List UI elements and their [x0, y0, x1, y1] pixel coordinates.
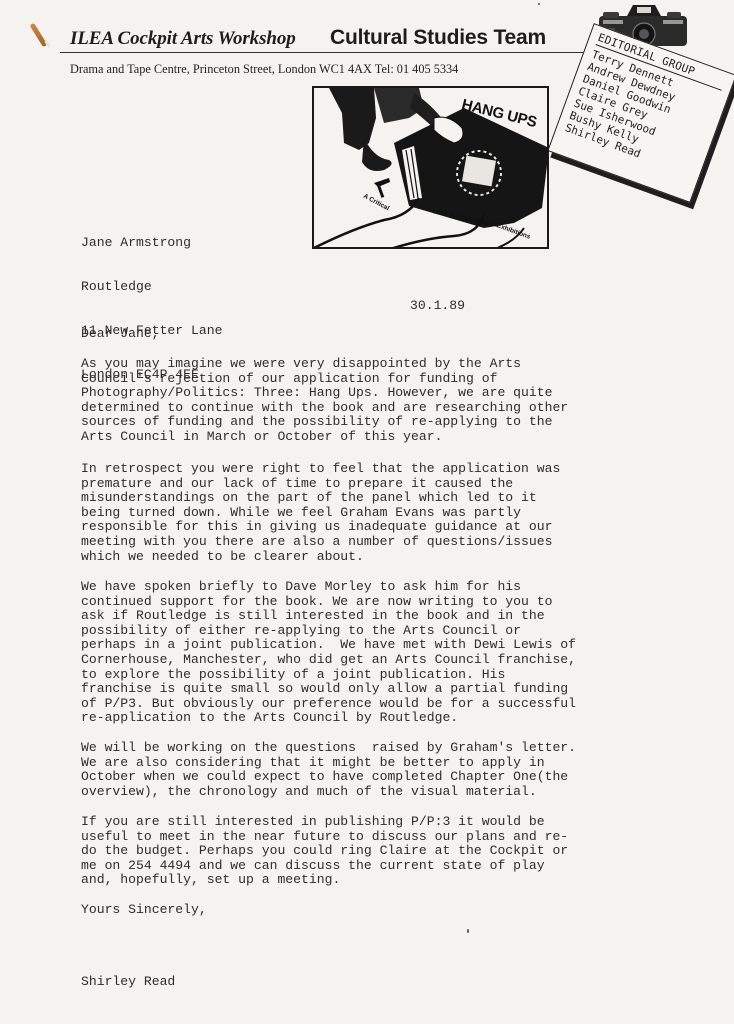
paper-speck — [467, 929, 469, 933]
recipient-line: Jane Armstrong — [81, 236, 222, 251]
paragraph-line: Cornerhouse, Manchester, who did get an … — [81, 653, 576, 668]
body-paragraph: If you are still interested in publishin… — [81, 815, 568, 888]
paragraph-line: of P/P3. But obviously our preference wo… — [81, 697, 576, 712]
salutation: Dear Jane, — [81, 327, 160, 342]
paragraph-line: Council's rejection of our application f… — [81, 372, 568, 387]
letter-date: 30.1.89 — [410, 299, 465, 314]
paragraph-line: do the budget. Perhaps you could ring Cl… — [81, 844, 568, 859]
paragraph-line: ask if Routledge is still interested in … — [81, 609, 576, 624]
paragraph-line: We are also considering that it might be… — [81, 756, 576, 771]
paragraph-line: premature and our lack of time to prepar… — [81, 477, 560, 492]
paragraph-line: possibility of either re-applying to the… — [81, 624, 576, 639]
paragraph-line: perhaps in a joint publication. We have … — [81, 638, 576, 653]
paper-mark — [44, 40, 51, 48]
paragraph-line: which we needed to be clearer about. — [81, 550, 560, 565]
paragraph-line: and, hopefully, set up a meeting. — [81, 873, 568, 888]
paragraph-line: me on 254 4494 and we can discuss the cu… — [81, 859, 568, 874]
paragraph-line: franchise is quite small so would only a… — [81, 682, 576, 697]
paragraph-line: overview), the chronology and much of th… — [81, 785, 576, 800]
paragraph-line: responsible for this in giving us inadeq… — [81, 520, 560, 535]
paragraph-line: continued support for the book. We are n… — [81, 595, 576, 610]
letterhead-address: Drama and Tape Centre, Princeton Street,… — [70, 62, 458, 77]
paragraph-line: We will be working on the questions rais… — [81, 741, 576, 756]
body-paragraph: We have spoken briefly to Dave Morley to… — [81, 580, 576, 726]
paragraph-line: being turned down. While we feel Graham … — [81, 506, 560, 521]
paragraph-line: misunderstandings on the part of the pan… — [81, 491, 560, 506]
closing: Yours Sincerely, — [81, 903, 207, 918]
letterhead-rule — [60, 52, 590, 53]
paragraph-line: Arts Council in March or October of this… — [81, 430, 568, 445]
recipient-line: Routledge — [81, 280, 222, 295]
body-paragraph: As you may imagine we were very disappoi… — [81, 357, 568, 445]
editorial-group-box: EDITORIAL GROUP Terry Dennett Andrew Dew… — [547, 23, 734, 203]
paragraph-line: determined to continue with the book and… — [81, 401, 568, 416]
letterhead-team: Cultural Studies Team — [330, 26, 546, 50]
body-paragraph: In retrospect you were right to feel tha… — [81, 462, 560, 564]
hang-ups-illustration: HANG UPS A Critical Look at Photographic… — [312, 86, 549, 249]
paragraph-line: to explore the possibility of a joint pu… — [81, 668, 576, 683]
paper-speck — [538, 3, 540, 5]
paragraph-line: As you may imagine we were very disappoi… — [81, 357, 568, 372]
paragraph-line: In retrospect you were right to feel tha… — [81, 462, 560, 477]
paragraph-line: We have spoken briefly to Dave Morley to… — [81, 580, 576, 595]
paragraph-line: useful to meet in the near future to dis… — [81, 830, 568, 845]
paragraph-line: October when we could expect to have com… — [81, 770, 576, 785]
paragraph-line: Photography/Politics: Three: Hang Ups. H… — [81, 386, 568, 401]
signature: Shirley Read — [81, 975, 175, 990]
paragraph-line: re-application to the Arts Council by Ro… — [81, 711, 576, 726]
letter-page: ILEA Cockpit Arts Workshop Cultural Stud… — [0, 0, 734, 1024]
body-paragraph: We will be working on the questions rais… — [81, 741, 576, 799]
letterhead-organization: ILEA Cockpit Arts Workshop — [70, 28, 296, 50]
paragraph-line: meeting with you there are also a number… — [81, 535, 560, 550]
paragraph-line: If you are still interested in publishin… — [81, 815, 568, 830]
paragraph-line: sources of funding and the possibility o… — [81, 415, 568, 430]
